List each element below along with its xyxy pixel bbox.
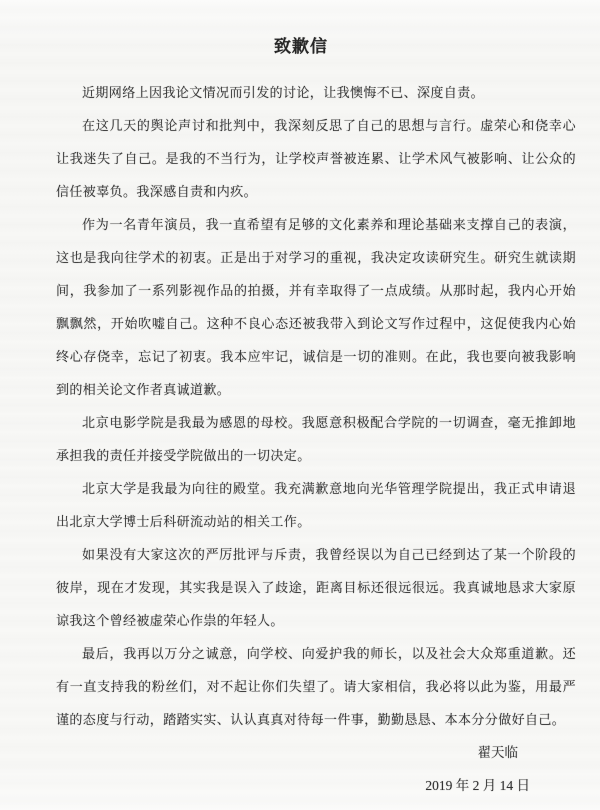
letter-date: 2019 年 2 月 14 日 <box>56 769 576 802</box>
letter-paragraph-5: 北京大学是我最为向往的殿堂。我充满歉意地向光华管理学院提出，我正式申请退出北京大… <box>56 472 576 538</box>
letter-paragraph-7: 最后，我再以万分之诚意，向学校、向爱护我的师长，以及社会大众郑重道歉。还有一直支… <box>56 637 576 736</box>
letter-scan-content: 致歉信 近期网络上因我论文情况而引发的讨论，让我懊悔不已、深度自责。 在这几天的… <box>56 34 576 802</box>
letter-body: 近期网络上因我论文情况而引发的讨论，让我懊悔不已、深度自责。 在这几天的舆论声讨… <box>56 76 576 736</box>
letter-signature: 翟天临 <box>56 736 576 769</box>
letter-paragraph-3: 作为一名青年演员，我一直希望有足够的文化素养和理论基础来支撑自己的表演，这也是我… <box>56 208 576 406</box>
letter-paragraph-6: 如果没有大家这次的严厉批评与斥责，我曾经误以为自己已经到达了某一个阶段的彼岸，现… <box>56 538 576 637</box>
apology-letter-page: 致歉信 近期网络上因我论文情况而引发的讨论，让我懊悔不已、深度自责。 在这几天的… <box>0 0 600 810</box>
letter-title: 致歉信 <box>56 34 546 60</box>
letter-paragraph-2: 在这几天的舆论声讨和批判中，我深刻反思了自己的思想与言行。虚荣心和侥幸心让我迷失… <box>56 109 576 208</box>
letter-paragraph-4: 北京电影学院是我最为感恩的母校。我愿意积极配合学院的一切调查，毫无推卸地承担我的… <box>56 406 576 472</box>
letter-paragraph-1: 近期网络上因我论文情况而引发的讨论，让我懊悔不已、深度自责。 <box>56 76 576 109</box>
